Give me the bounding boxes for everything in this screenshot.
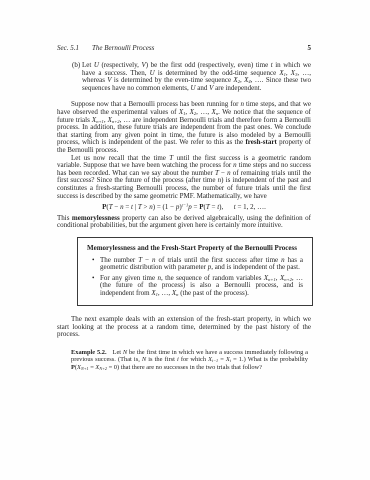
- paragraph-fresh-start: Suppose now that a Bernoulli process has…: [57, 101, 311, 154]
- box-title: Memorylessness and the Fresh-Start Prope…: [87, 245, 303, 253]
- box-bullet-list: • The number T − n of trials until the f…: [92, 257, 303, 298]
- geometric-pmf-formula: P(T − n = t | T > n) = (1 − p)t−1p = P(T…: [57, 204, 311, 212]
- page-content: Sec. 5.1 The Bernoulli Process 5 (b) Let…: [57, 44, 311, 371]
- paragraph-memorylessness: Let us now recall that the time T until …: [57, 155, 311, 201]
- paragraph-algebraic-note: This memorylessness property can also be…: [57, 215, 311, 230]
- page-number: 5: [308, 44, 312, 52]
- box-bullet-2: • For any given time n, the sequence of …: [92, 275, 303, 298]
- item-b-text: Let U (respectively, V) be the first odd…: [82, 61, 311, 92]
- box-bullet-2-text: For any given time n, the sequence of ra…: [100, 274, 303, 297]
- bullet-marker: •: [92, 275, 94, 283]
- item-b-label: (b): [72, 62, 80, 70]
- box-bullet-1: • The number T − n of trials until the f…: [92, 257, 303, 272]
- paragraph-next-example: The next example deals with an extension…: [57, 316, 311, 339]
- box-bullet-1-text: The number T − n of trials until the fir…: [100, 256, 303, 272]
- textbook-page: Sec. 5.1 The Bernoulli Process 5 (b) Let…: [0, 0, 370, 480]
- bullet-marker: •: [92, 257, 94, 265]
- example-5-2: Example 5.2.Let N be the first time in w…: [71, 349, 308, 371]
- chapter-title: The Bernoulli Process: [92, 44, 154, 52]
- memorylessness-property-box: Memorylessness and the Fresh-Start Prope…: [77, 237, 313, 306]
- section-label: Sec. 5.1: [57, 44, 79, 52]
- example-label: Example 5.2.: [71, 349, 107, 356]
- page-header: Sec. 5.1 The Bernoulli Process 5: [57, 44, 311, 52]
- list-item-b: (b) Let U (respectively, V) be the first…: [57, 62, 311, 92]
